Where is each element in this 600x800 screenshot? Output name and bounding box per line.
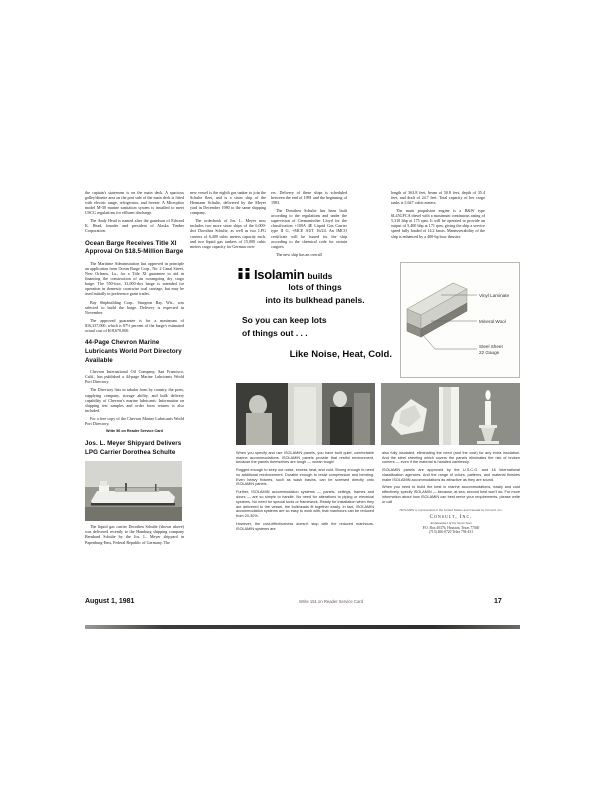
main-area: new vessel is the eighth gas tanker to j… [190,190,520,568]
ad-brand-row: Isolamin builds [238,268,394,281]
article-heading-chevron-directory: 44-Page Chevron Marine Lubricants World … [85,339,184,365]
contact-phone-telex: (713) 466-0720 Telex 794-431 [382,530,520,535]
isolamin-advertisement: Isolamin builds lots of things into its … [236,262,520,568]
ad-contact-block: Consult, Inc. Ambassadors of the Seven S… [382,515,520,536]
ship-photo [85,461,182,521]
article-paragraph: The Andy Head is named after the grandso… [85,218,184,233]
reader-service-line-151: Write 151 on Reader Service Card [189,600,473,604]
article-paragraph: The Directory lists in tabular form by c… [85,387,184,412]
ad-headline-block: Isolamin builds lots of things into its … [236,262,394,378]
ad-headline-line: into its bulkhead panels. [236,294,394,307]
ad-brand-name: Isolamin [254,268,304,281]
ad-subheadline-line: So you can keep lots [236,314,394,327]
top-text-columns: new vessel is the eighth gas tanker to j… [190,190,520,260]
article-paragraph: Bay Shipbuilding Corp., Sturgeon Bay, Wi… [85,300,184,315]
candle-insulation-photo [381,383,520,445]
column-1: the captain's stateroom is on the main d… [85,190,184,568]
contact-company-name: Consult, Inc. [382,515,520,522]
article-paragraph: The orderbook of Jos. L. Meyer now inclu… [190,218,266,248]
page-bottom-rule [85,625,520,629]
ad-headline-line: lots of things [236,281,394,294]
magazine-page: the captain's stateroom is on the main d… [0,0,600,800]
column-3: ers. Delivery of these ships is schedule… [271,190,347,260]
ad-headline-word: builds [307,272,332,281]
article-paragraph: the captain's stateroom is on the main d… [85,190,184,215]
reader-service-line-56: Write 56 on Reader Service Card [85,429,184,434]
column-2: new vessel is the eighth gas tanker to j… [190,190,266,260]
panel-installation-photo [236,383,375,445]
page-number: 17 [494,598,502,605]
diagram-label-mineral-wool: Mineral Wool [479,319,506,324]
ad-paragraph: ISOLAMIN panels are approved by the U.S.… [382,468,520,482]
isolamin-logo-icon [238,268,251,279]
diagram-label-vinyl: Vinyl Laminate [479,293,509,298]
ad-photo-row [236,383,520,445]
article-paragraph: length of 363.8 feet, beam of 50.8 feet,… [391,190,485,205]
article-paragraph: The Dorothea Schulte has been built acco… [271,208,347,249]
ad-body-columns: When you specify and use ISOLAMIN panels… [236,451,520,563]
article-paragraph: ers. Delivery of these ships is schedule… [271,190,347,205]
ad-body-left: When you specify and use ISOLAMIN panels… [236,451,374,563]
panel-layers-diagram: Vinyl Laminate Mineral Wool Steel Sheet … [401,263,519,377]
article-heading-meyer-shipyard: Jos. L. Meyer Shipyard Delivers LPG Carr… [85,440,184,458]
article-paragraph: The Maritime Administration has approved… [85,261,184,296]
diagram-label-gauge: 22 Gauge [479,350,500,355]
ad-subheadline-line: of things out . . . [236,327,394,340]
ad-subheadline-block: So you can keep lots of things out . . . [236,314,394,340]
article-paragraph: For a free copy of the Chevron Marine Lu… [85,416,184,426]
diagram-label-steel-sheet: Steel Sheet [479,344,503,349]
article-heading-ocean-barge: Ocean Barge Receives Title XI Approval O… [85,240,184,258]
ad-paragraph: Rugged enough to keep out noise, excess … [236,468,374,487]
ad-paragraph: When you need to build the best in marin… [382,485,520,504]
ad-body-right: also fully insulated, eliminating the ne… [382,451,520,563]
ad-paragraph: When you specify and use ISOLAMIN panels… [236,451,374,465]
article-paragraph: The liquid gas carrier Dorothea Schulte … [85,524,184,544]
ad-footnote: ISOLAMIN is represented in the United St… [382,508,520,512]
issue-date: August 1, 1981 [85,598,134,605]
article-paragraph: new vessel is the eighth gas tanker to j… [190,190,266,215]
article-paragraph: The approved guarantee is for a maximum … [85,318,184,333]
article-paragraph: The new ship has an overall [271,252,347,257]
ad-paragraph: Further, ISOLAMIN accommodation systems … [236,490,374,519]
article-paragraph: The main propulsion engine is a B&W type… [391,208,485,238]
panel-diagram-box: Vinyl Laminate Mineral Wool Steel Sheet … [400,262,520,378]
article-paragraph: Chevron International Oil Company, San F… [85,369,184,384]
ad-benefit-line: Like Noise, Heat, Cold. [236,348,394,361]
column-4: length of 363.8 feet, beam of 50.8 feet,… [391,190,485,260]
ad-top-row: Isolamin builds lots of things into its … [236,262,520,378]
page-content: the captain's stateroom is on the main d… [85,190,520,568]
ad-paragraph: also fully insulated, eliminating the ne… [382,451,520,465]
ad-paragraph: However, the cost-effectiveness doesn't … [236,522,374,532]
